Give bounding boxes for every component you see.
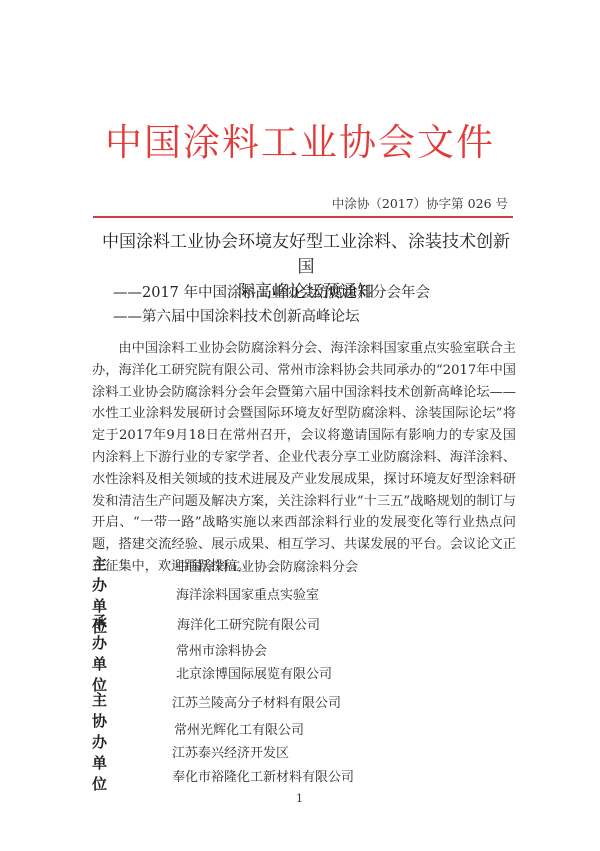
co-host-item: 江苏泰兴经济开发区 xyxy=(172,742,289,761)
document-number: 中涂协（2017）协字第 026 号 xyxy=(332,194,508,212)
co-hosts-label: 主协办单位 xyxy=(92,689,107,794)
undertaker-item: 常州市涂料协会 xyxy=(176,640,267,659)
co-host-item: 江苏兰陵高分子材料有限公司 xyxy=(172,692,341,711)
subtitle-summit: ——第六届中国涂料技术创新高峰论坛 xyxy=(113,305,360,326)
undertaker-item: 北京涂博国际展览有限公司 xyxy=(176,663,332,682)
document-page: 中国涂料工业协会文件 中涂协（2017）协字第 026 号 中国涂料工业协会环境… xyxy=(0,0,600,851)
subtitle-annual-meeting: ——2017 年中国涂料工业协会防腐涂料分会年会 xyxy=(113,281,430,302)
masthead-title: 中国涂料工业协会文件 xyxy=(0,112,600,166)
co-host-item: 奉化市裕隆化工新材料有限公司 xyxy=(172,766,354,785)
undertaker-item: 海洋化工研究院有限公司 xyxy=(177,614,320,633)
red-divider xyxy=(93,216,513,218)
title-line-1: 中国涂料工业协会环境友好型工业涂料、涂装技术创新国 xyxy=(96,230,516,280)
body-paragraph: 由中国涂料工业协会防腐涂料分会、海洋涂料国家重点实验室联合主办，海洋化工研究院有… xyxy=(92,338,516,578)
undertakers-label: 承办单位 xyxy=(92,611,107,695)
page-number: 1 xyxy=(296,792,303,805)
host-item: 中国涂料工业协会防腐涂料分会 xyxy=(176,556,358,575)
host-item: 海洋涂料国家重点实验室 xyxy=(176,584,319,603)
co-host-item: 常州光辉化工有限公司 xyxy=(174,719,304,738)
